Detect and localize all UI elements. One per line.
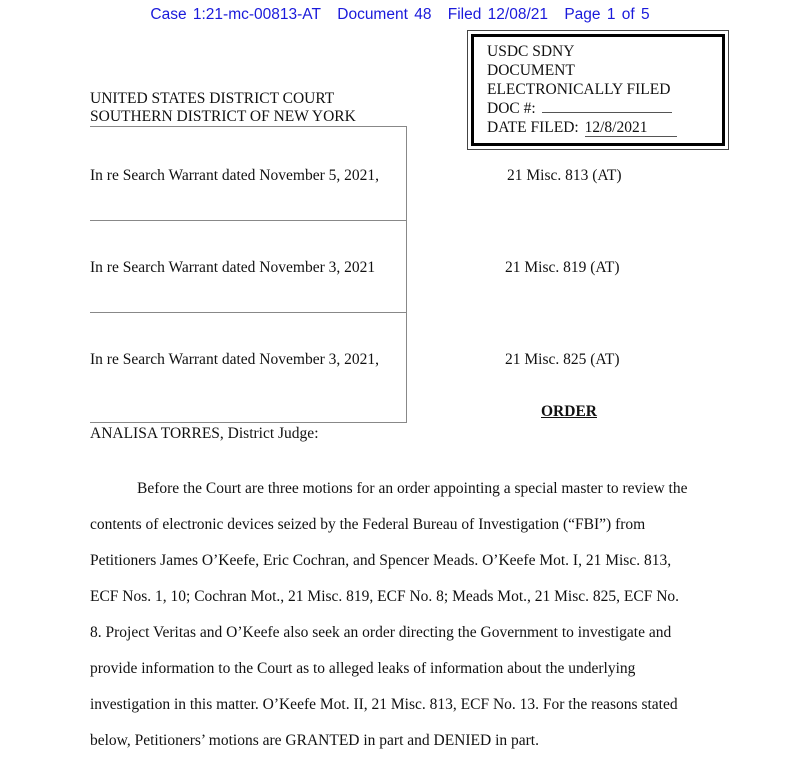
filed-date: Filed 12/08/21 <box>448 6 548 23</box>
document-number: Document 48 <box>337 6 431 23</box>
body-line: Petitioners James O’Keefe, Eric Cochran,… <box>90 552 671 570</box>
stamp-doc-number: DOC #: <box>487 99 722 118</box>
case-title-2: In re Search Warrant dated November 3, 2… <box>90 259 375 277</box>
case-number-3: 21 Misc. 825 (AT) <box>505 351 620 369</box>
body-line: 8. Project Veritas and O’Keefe also seek… <box>90 624 671 642</box>
body-line: ECF Nos. 1, 10; Cochran Mot., 21 Misc. 8… <box>90 588 679 606</box>
order-heading: ORDER <box>541 403 597 421</box>
body-line: provide information to the Court as to a… <box>90 660 635 678</box>
case-title-3: In re Search Warrant dated November 3, 2… <box>90 351 379 369</box>
case-title-1: In re Search Warrant dated November 5, 2… <box>90 167 379 185</box>
case-number-1: 21 Misc. 813 (AT) <box>507 167 622 185</box>
case-number-2: 21 Misc. 819 (AT) <box>505 259 620 277</box>
stamp-court: USDC SDNY <box>487 42 722 61</box>
filing-stamp: USDC SDNY DOCUMENT ELECTRONICALLY FILED … <box>467 30 729 150</box>
body-line: Before the Court are three motions for a… <box>137 480 688 498</box>
case-number: Case 1:21-mc-00813-AT <box>150 6 321 23</box>
page-indicator: Page 1 of 5 <box>564 6 649 23</box>
court-name: UNITED STATES DISTRICT COURT SOUTHERN DI… <box>90 90 356 126</box>
ecf-header: Case 1:21-mc-00813-AT Document 48 Filed … <box>0 6 800 24</box>
court-line-1: UNITED STATES DISTRICT COURT <box>90 90 356 108</box>
body-line: investigation in this matter. O’Keefe Mo… <box>90 696 678 714</box>
caption-divider <box>90 312 406 313</box>
date-filed-value: 12/8/2021 <box>585 119 678 137</box>
doc-number-label: DOC #: <box>487 100 536 117</box>
date-filed-label: DATE FILED: <box>487 119 579 136</box>
body-line: contents of electronic devices seized by… <box>90 516 645 534</box>
doc-number-blank <box>542 99 672 113</box>
judge-line: ANALISA TORRES, District Judge: <box>90 425 319 443</box>
court-line-2: SOUTHERN DISTRICT OF NEW YORK <box>90 108 356 126</box>
body-line: below, Petitioners’ motions are GRANTED … <box>90 732 539 750</box>
stamp-electronically-filed: ELECTRONICALLY FILED <box>487 80 722 99</box>
stamp-document: DOCUMENT <box>487 61 722 80</box>
stamp-date-filed: DATE FILED: 12/8/2021 <box>487 118 722 137</box>
caption-divider <box>90 220 406 221</box>
